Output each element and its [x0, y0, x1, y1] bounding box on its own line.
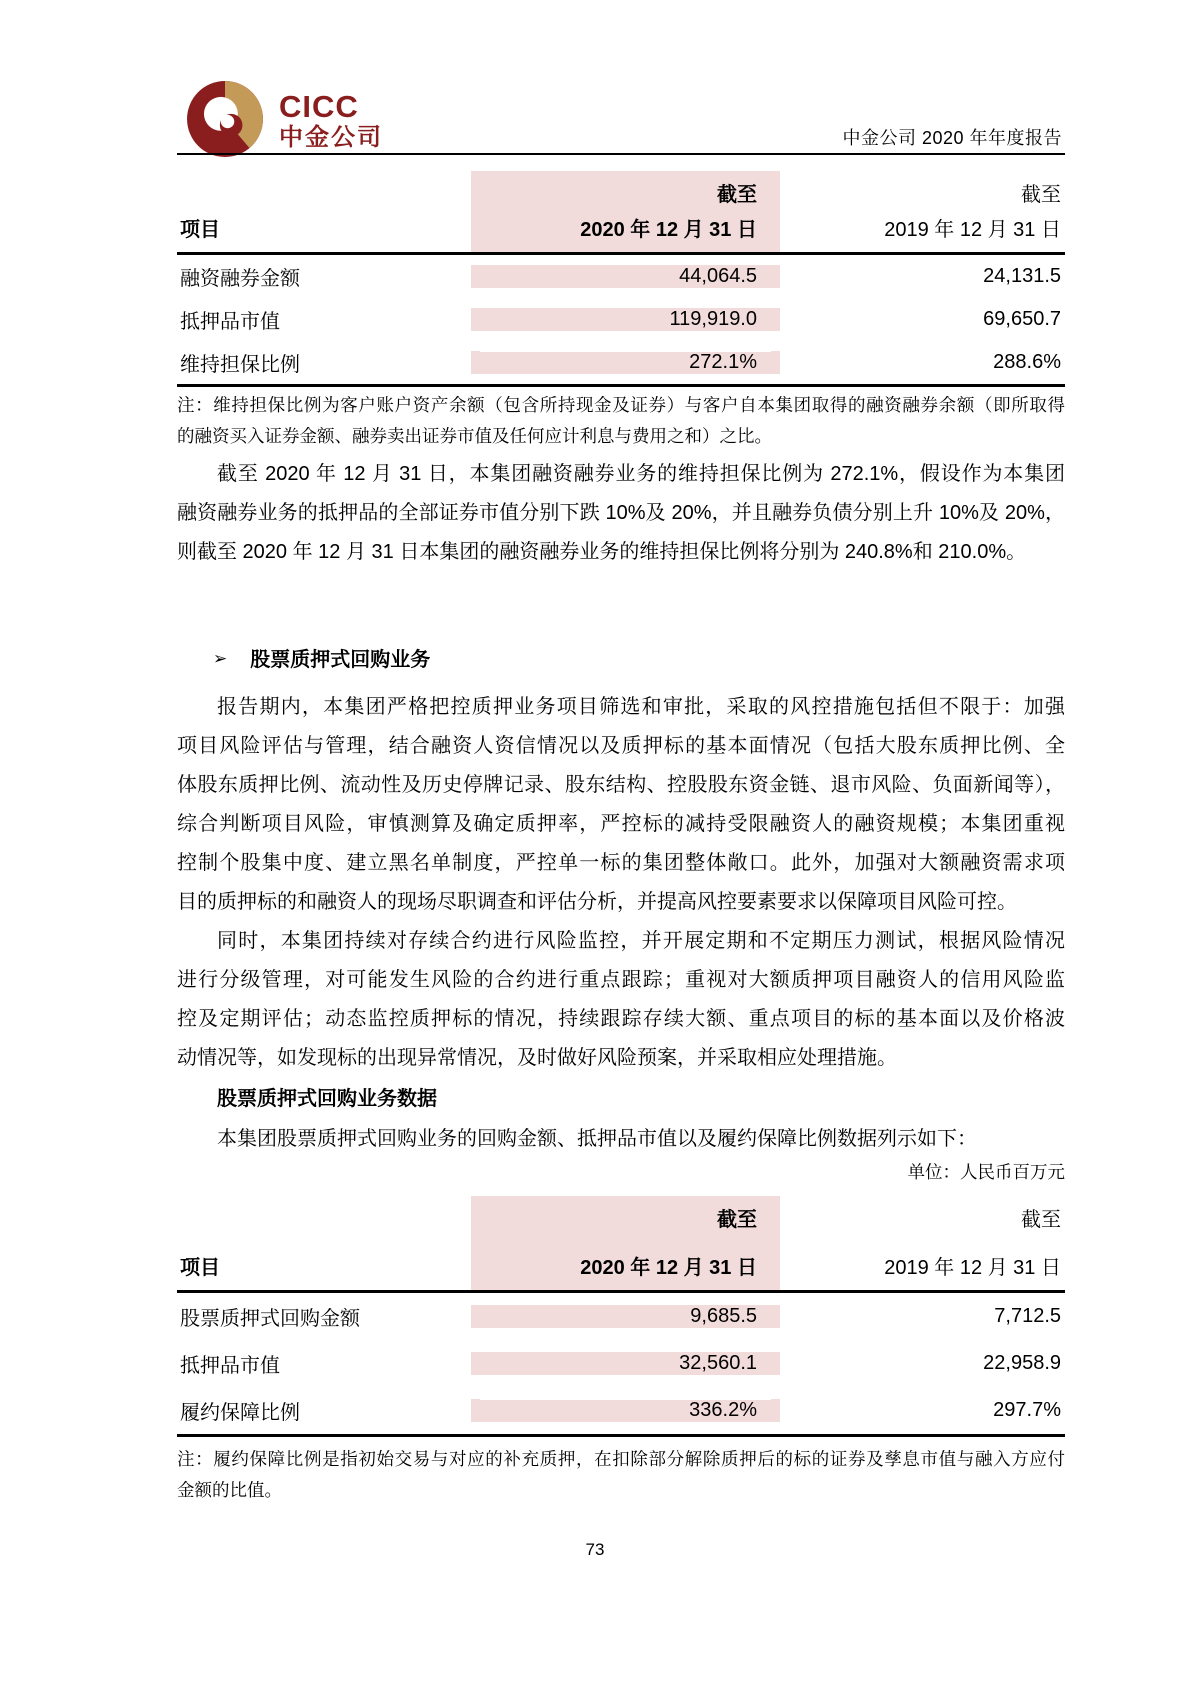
table-row: 股票质押式回购金额 9,685.5 7,712.5 [177, 1293, 1065, 1340]
unit-label: 单位：人民币百万元 [177, 1159, 1065, 1184]
paragraph-line: 则截至 2020 年 12 月 31 日本集团的融资融券业务的维持担保比例将分别… [177, 533, 1065, 572]
table-row: 维持担保比例 272.1% 288.6% [177, 341, 1065, 384]
row-divider [480, 350, 771, 352]
table-row: 融资融券金额 44,064.5 24,131.5 [177, 255, 1065, 298]
footnote-line: 金额的比值。 [177, 1475, 1065, 1506]
column-header-item: 项目 [177, 1196, 471, 1290]
column-header-item: 项目 [177, 171, 471, 252]
stock-pledge-table: 项目 截至 2020 年 12 月 31 日 截至 2019 年 12 月 31… [177, 1196, 1065, 1437]
row-divider [480, 1398, 771, 1400]
table-header-row: 项目 截至 2020 年 12 月 31 日 截至 2019 年 12 月 31… [177, 171, 1065, 252]
header-rule [177, 153, 1065, 155]
asof-label-2020: 截至 [471, 1203, 757, 1232]
footnote-line: 注：维持担保比例为客户账户资产余额（包含所持现金及证券）与客户自本集团取得的融资… [177, 390, 1065, 421]
margin-financing-table: 项目 截至 2020 年 12 月 31 日 截至 2019 年 12 月 31… [177, 171, 1065, 387]
footnote-line: 的融资买入证券金额、融券卖出证券市值及任何应计利息与费用之和）之比。 [177, 421, 1065, 452]
page-number: 73 [0, 1540, 1190, 1560]
cicc-logo-text: CICC 中金公司 [279, 91, 383, 151]
paragraph-line: 控制个股集中度、建立黑名单制度，严控单一标的集团整体敞口。此外，加强对大额融资需… [177, 844, 1065, 883]
logo-text-en: CICC [279, 91, 383, 124]
row-label: 维持担保比例 [177, 348, 471, 377]
risk-monitoring-paragraph: 同时，本集团持续对存续合约进行风险监控，并开展定期和不定期压力测试，根据风险情况… [177, 922, 1065, 1078]
paragraph-line: 进行分级管理，对可能发生风险的合约进行重点跟踪；重视对大额质押项目融资人的信用风… [177, 961, 1065, 1000]
cicc-logo: CICC 中金公司 [186, 80, 383, 163]
arrow-bullet-icon: ➢ [213, 649, 227, 669]
asof-label-2020: 截至 [471, 178, 757, 207]
table-bottom-rule [177, 384, 1065, 387]
row-label: 融资融券金额 [177, 262, 471, 291]
paragraph-line: 截至 2020 年 12 月 31 日，本集团融资融券业务的维持担保比例为 27… [177, 455, 1065, 494]
date-2019: 2019 年 12 月 31 日 [780, 213, 1061, 242]
section-heading-text: 股票质押式回购业务 [250, 643, 430, 672]
margin-ratio-paragraph: 截至 2020 年 12 月 31 日，本集团融资融券业务的维持担保比例为 27… [177, 455, 1065, 572]
row-value-2020: 32,560.1 [471, 1352, 780, 1375]
data-subheading: 股票质押式回购业务数据 [177, 1082, 1065, 1111]
row-value-2019: 7,712.5 [780, 1305, 1065, 1328]
report-title: 中金公司 2020 年年度报告 [842, 124, 1062, 150]
table-body: 融资融券金额 44,064.5 24,131.5 抵押品市值 119,919.0… [177, 255, 1065, 384]
row-value-2019: 24,131.5 [780, 265, 1065, 288]
row-label: 抵押品市值 [177, 305, 471, 334]
row-label: 履约保障比例 [177, 1396, 471, 1425]
table2-footnote: 注：履约保障比例是指初始交易与对应的补充质押，在扣除部分解除质押后的标的证券及孳… [177, 1444, 1065, 1506]
table-row: 履约保障比例 336.2% 297.7% [177, 1387, 1065, 1434]
paragraph-line: 控及定期评估；动态监控质押标的情况，持续跟踪存续大额、重点项目的标的基本面以及价… [177, 1000, 1065, 1039]
item-label: 项目 [180, 1251, 471, 1280]
table-row: 抵押品市值 119,919.0 69,650.7 [177, 298, 1065, 341]
risk-control-paragraph: 报告期内，本集团严格把控质押业务项目筛选和审批，采取的风控措施包括但不限于：加强… [177, 688, 1065, 922]
asof-label-2019: 截至 [780, 1203, 1061, 1232]
column-header-2020: 截至 2020 年 12 月 31 日 [471, 1196, 780, 1290]
item-label: 项目 [180, 213, 471, 242]
row-value-2020: 119,919.0 [471, 308, 780, 331]
date-2020: 2020 年 12 月 31 日 [471, 1251, 757, 1280]
row-value-2019: 288.6% [780, 351, 1065, 374]
date-2020: 2020 年 12 月 31 日 [471, 213, 757, 242]
asof-label-2019: 截至 [780, 178, 1061, 207]
cicc-logo-icon [186, 80, 264, 163]
row-value-2020: 9,685.5 [471, 1305, 780, 1328]
logo-text-cn: 中金公司 [279, 124, 383, 152]
paragraph-line: 同时，本集团持续对存续合约进行风险监控，并开展定期和不定期压力测试，根据风险情况 [177, 922, 1065, 961]
table-body: 股票质押式回购金额 9,685.5 7,712.5 抵押品市值 32,560.1… [177, 1293, 1065, 1434]
section-heading-stock-pledge: ➢ 股票质押式回购业务 [177, 643, 1065, 672]
column-header-2020: 截至 2020 年 12 月 31 日 [471, 171, 780, 252]
paragraph-line: 体股东质押比例、流动性及历史停牌记录、股东结构、控股股东资金链、退市风险、负面新… [177, 766, 1065, 805]
column-header-2019: 截至 2019 年 12 月 31 日 [780, 1196, 1065, 1290]
paragraph-line: 报告期内，本集团严格把控质押业务项目筛选和审批，采取的风控措施包括但不限于：加强 [177, 688, 1065, 727]
table-row: 抵押品市值 32,560.1 22,958.9 [177, 1340, 1065, 1387]
paragraph-line: 目的质押标的和融资人的现场尽职调查和评估分析，并提高风控要素要求以保障项目风险可… [177, 883, 1065, 922]
table1-footnote: 注：维持担保比例为客户账户资产余额（包含所持现金及证券）与客户自本集团取得的融资… [177, 390, 1065, 452]
paragraph-line: 动情况等，如发现标的出现异常情况，及时做好风险预案，并采取相应处理措施。 [177, 1039, 1065, 1078]
table-header-row: 项目 截至 2020 年 12 月 31 日 截至 2019 年 12 月 31… [177, 1196, 1065, 1290]
row-value-text: 336.2% [689, 1399, 757, 1421]
row-value-2020: 44,064.5 [471, 265, 780, 288]
footnote-line: 注：履约保障比例是指初始交易与对应的补充质押，在扣除部分解除质押后的标的证券及孳… [177, 1444, 1065, 1475]
paragraph-line: 融资融券业务的抵押品的全部证券市值分别下跌 10%及 20%，并且融券负债分别上… [177, 494, 1065, 533]
paragraph-line: 综合判断项目风险，审慎测算及确定质押率，严控标的减持受限融资人的融资规模；本集团… [177, 805, 1065, 844]
table2-intro-line: 本集团股票质押式回购业务的回购金额、抵押品市值以及履约保障比例数据列示如下： [177, 1122, 1065, 1151]
row-value-2019: 69,650.7 [780, 308, 1065, 331]
date-2019: 2019 年 12 月 31 日 [780, 1251, 1061, 1280]
row-label: 股票质押式回购金额 [177, 1302, 471, 1331]
row-value-2020: 336.2% [471, 1399, 780, 1422]
row-value-2020: 272.1% [471, 351, 780, 374]
row-value-2019: 22,958.9 [780, 1352, 1065, 1375]
paragraph-line: 项目风险评估与管理，结合融资人资信情况以及质押标的基本面情况（包括大股东质押比例… [177, 727, 1065, 766]
table-bottom-rule [177, 1434, 1065, 1437]
report-page: CICC 中金公司 中金公司 2020 年年度报告 项目 截至 2020 年 1… [0, 0, 1190, 1683]
column-header-2019: 截至 2019 年 12 月 31 日 [780, 171, 1065, 252]
row-value-2019: 297.7% [780, 1399, 1065, 1422]
row-value-text: 272.1% [689, 351, 757, 373]
row-label: 抵押品市值 [177, 1349, 471, 1378]
